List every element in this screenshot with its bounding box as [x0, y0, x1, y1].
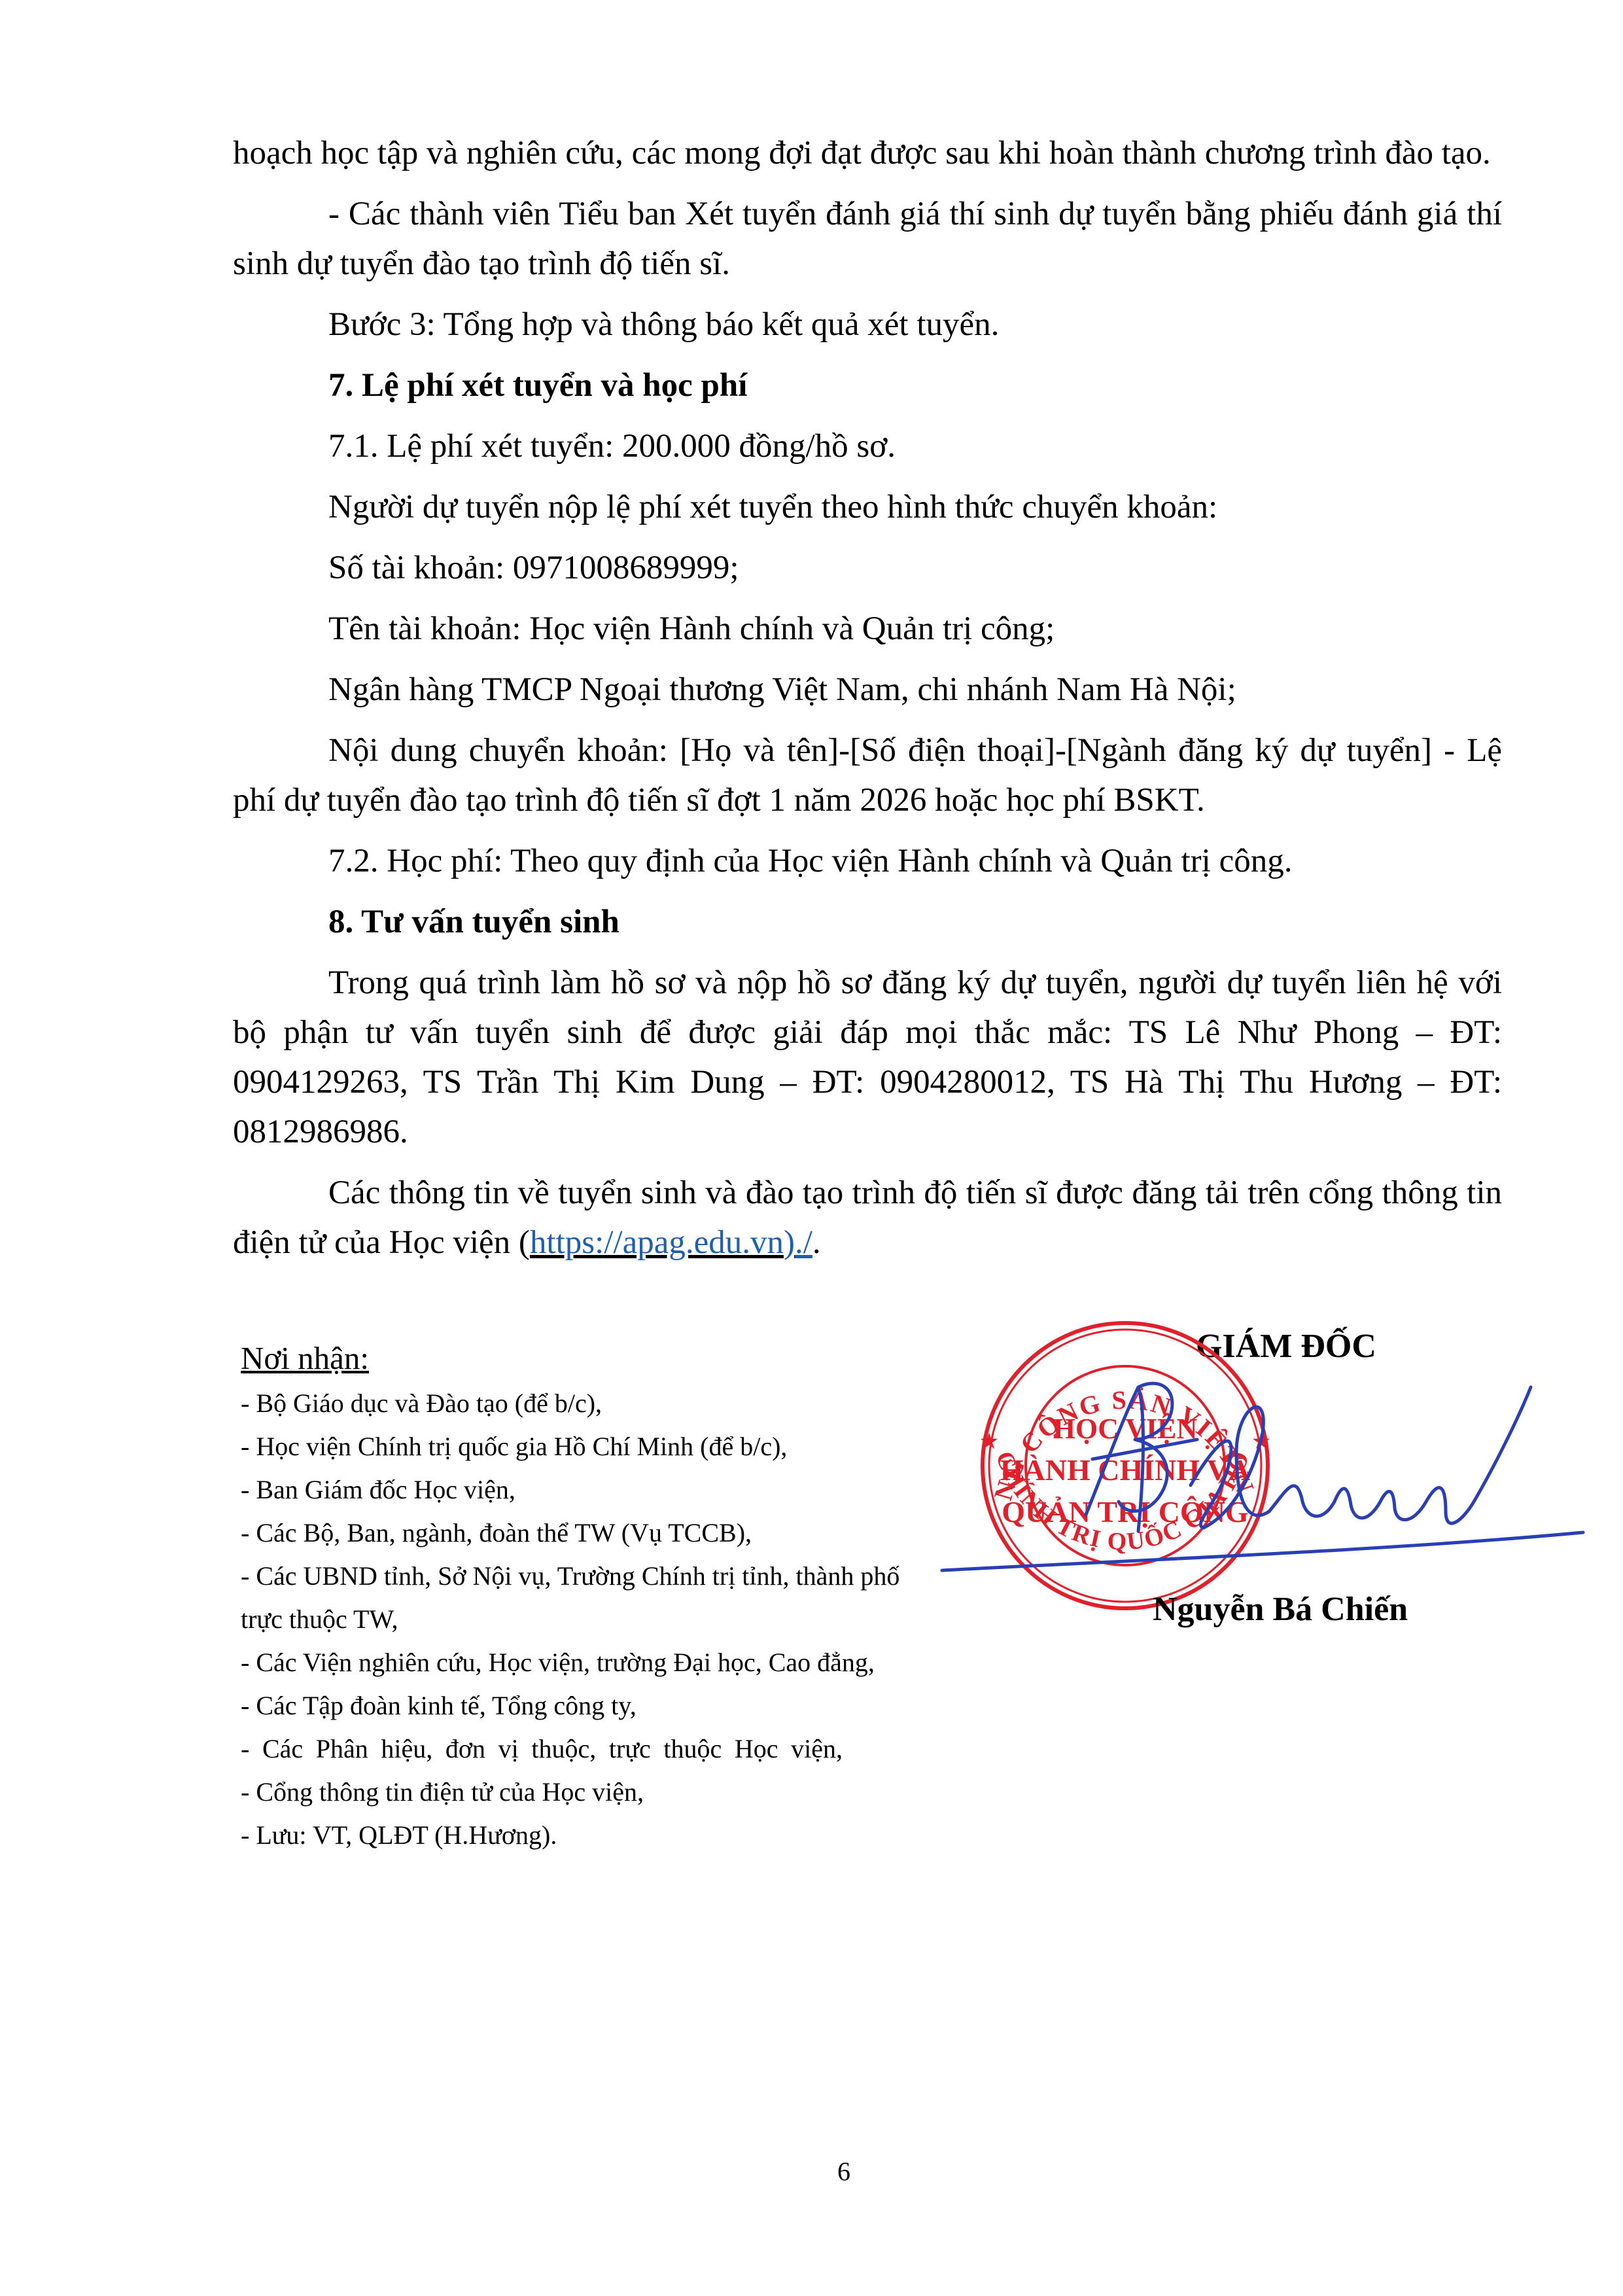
recipient-item: - Ban Giám đốc Học viện,: [241, 1468, 928, 1511]
website-link-paren[interactable]: ): [784, 1224, 795, 1261]
recipient-item: - Các Bộ, Ban, ngành, đoàn thể TW (Vụ TC…: [241, 1511, 928, 1555]
paragraph-bank: Ngân hàng TMCP Ngoại thương Việt Nam, ch…: [233, 665, 1502, 715]
recipient-item: - Các Tập đoàn kinh tế, Tổng công ty,: [241, 1684, 928, 1727]
paragraph-step-3: Bước 3: Tổng hợp và thông báo kết quả xé…: [233, 300, 1502, 349]
recipient-item: - Các Viện nghiên cứu, Học viện, trường …: [241, 1641, 928, 1684]
heading-section-7: 7. Lệ phí xét tuyển và học phí: [233, 361, 1502, 410]
paragraph-account-name: Tên tài khoản: Học viện Hành chính và Qu…: [233, 604, 1502, 654]
website-info-period: .: [812, 1224, 821, 1261]
website-link[interactable]: https://apag.edu.vn: [530, 1224, 784, 1261]
paragraph-7-1-fee: 7.1. Lệ phí xét tuyển: 200.000 đồng/hồ s…: [233, 421, 1502, 471]
paragraph-transfer-method: Người dự tuyển nộp lệ phí xét tuyển theo…: [233, 482, 1502, 532]
heading-section-8: 8. Tư vấn tuyển sinh: [233, 897, 1502, 947]
page-number: 6: [837, 2156, 850, 2187]
recipient-item: - Học viện Chính trị quốc gia Hồ Chí Min…: [241, 1425, 928, 1468]
recipient-item: - Các UBND tỉnh, Sở Nội vụ, Trường Chính…: [241, 1555, 928, 1641]
paragraph-7-2-tuition: 7.2. Học phí: Theo quy định của Học viện…: [233, 836, 1502, 886]
paragraph-consulting: Trong quá trình làm hồ sơ và nộp hồ sơ đ…: [233, 958, 1502, 1157]
recipient-item: - Lưu: VT, QLĐT (H.Hương).: [241, 1814, 928, 1857]
recipient-item: - Các Phân hiệu, đơn vị thuộc, trực thuộ…: [241, 1727, 843, 1771]
website-info-text: Các thông tin về tuyển sinh và đào tạo t…: [233, 1174, 1502, 1261]
website-link-suffix[interactable]: ./: [795, 1224, 812, 1261]
document-page: hoạch học tập và nghiên cứu, các mong đợ…: [0, 0, 1623, 2296]
recipients-list: Nơi nhận: - Bộ Giáo dục và Đào tạo (để b…: [241, 1335, 928, 1857]
recipient-item: - Cổng thông tin điện tử của Học viện,: [241, 1771, 928, 1814]
paragraph-website-info: Các thông tin về tuyển sinh và đào tạo t…: [233, 1168, 1502, 1267]
recipient-item: - Bộ Giáo dục và Đào tạo (để b/c),: [241, 1382, 928, 1425]
body-text: hoạch học tập và nghiên cứu, các mong đợ…: [233, 128, 1502, 1267]
handwritten-signature: [929, 1361, 1596, 1610]
recipients-title: Nơi nhận:: [241, 1335, 928, 1382]
paragraph-committee-evaluation: - Các thành viên Tiểu ban Xét tuyển đánh…: [233, 189, 1502, 289]
paragraph-transfer-content: Nội dung chuyển khoản: [Họ và tên]-[Số đ…: [233, 726, 1502, 825]
signer-name: Nguyễn Bá Chiến: [1153, 1590, 1408, 1629]
paragraph-account-number: Số tài khoản: 0971008689999;: [233, 543, 1502, 593]
paragraph-plan-continuation: hoạch học tập và nghiên cứu, các mong đợ…: [233, 128, 1502, 178]
